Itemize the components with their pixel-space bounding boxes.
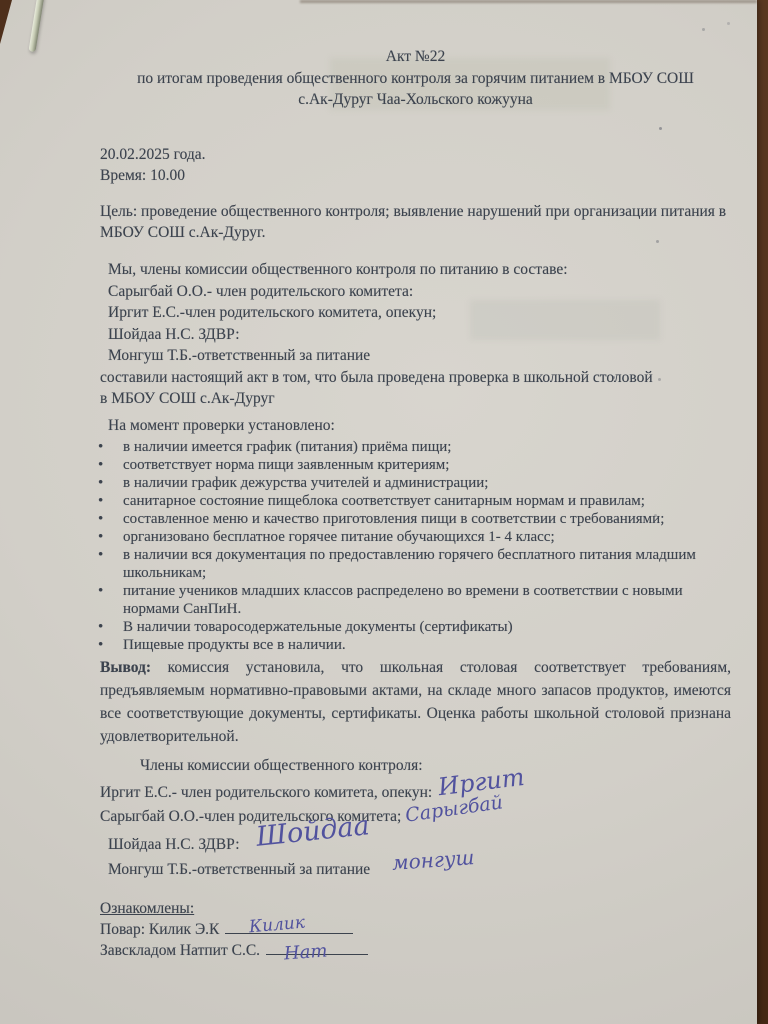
finding-item: в наличии график дежурства учителей и ад…	[96, 474, 731, 492]
findings-list: в наличии имеется график (питания) приём…	[96, 438, 731, 654]
date-time-block: 20.02.2025 года. Время: 10.00	[100, 144, 731, 187]
signature-row: Иргит Е.С.- член родительского комитета,…	[100, 778, 731, 805]
signature-row: Сарыгбай О.О.-член родительского комитет…	[100, 804, 731, 829]
signatures-header: Члены комиссии общественного контроля:	[140, 754, 731, 778]
act-number-title: Акт №22	[100, 46, 731, 68]
act-statement-line1: составили настоящий акт в том, что была …	[100, 367, 731, 389]
conclusion-paragraph: Вывод: комиссия установила, что школьная…	[100, 656, 731, 748]
conclusion-text: комиссия установила, что школьная столов…	[100, 659, 731, 745]
ack-label: Повар: Килик Э.К	[100, 921, 219, 938]
finding-item: питание учеников младших классов распред…	[96, 582, 731, 618]
date-line: 20.02.2025 года.	[100, 144, 731, 166]
acknowledged-row: Завскладом Натпит С.С.Нат	[100, 940, 731, 961]
finding-item: соответствует норма пищи заявленным крит…	[96, 456, 731, 474]
signature-row: Монгуш Т.Б.-ответственный за питаниемонг…	[100, 856, 731, 882]
time-line: Время: 10.00	[100, 165, 731, 187]
commission-member: Сарыгбай О.О.- член родительского комите…	[108, 281, 731, 303]
document-page: Акт №22 по итогам проведения общественно…	[0, 0, 757, 1024]
finding-item: организовано бесплатное горячее питание …	[96, 528, 731, 546]
signer-label: Шойдаа Н.С. ЗДВР:	[108, 836, 240, 853]
document-content: Акт №22 по итогам проведения общественно…	[0, 0, 757, 961]
finding-item: в наличии имеется график (питания) приём…	[96, 438, 731, 456]
finding-item: Пищевые продукты все в наличии.	[96, 636, 731, 654]
commission-member: Иргит Е.С.-член родительского комитета, …	[108, 302, 731, 324]
conclusion-label: Вывод:	[100, 659, 151, 676]
findings-header: На момент проверки установлено:	[108, 415, 731, 437]
commission-member: Монгуш Т.Б.-ответственный за питание	[108, 345, 731, 367]
signature-line: Килик	[225, 920, 353, 934]
signer-label: Иргит Е.С.- член родительского комитета,…	[100, 784, 432, 801]
commission-member: Шойдаа Н.С. ЗДВР:	[108, 324, 731, 346]
ack-label: Завскладом Натпит С.С.	[100, 942, 260, 959]
finding-item: составленное меню и качество приготовлен…	[96, 510, 731, 528]
signature: Килик	[249, 912, 307, 938]
signer-label: Монгуш Т.Б.-ответственный за питание	[108, 861, 370, 878]
signature: монгуш	[391, 846, 475, 875]
acknowledged-header: Ознакомлены:	[100, 898, 731, 919]
act-subtitle-line1: по итогам проведения общественного контр…	[100, 68, 731, 90]
finding-item: В наличии товаросодержательные документы…	[96, 618, 731, 636]
goal-paragraph: Цель: проведение общественного контроля;…	[100, 201, 740, 244]
acknowledged-row: Повар: Килик Э.ККилик	[100, 919, 731, 940]
signature: Нат	[283, 940, 328, 964]
act-subtitle-line2: с.Ак-Дуруг Чаа-Хольского кожууна	[100, 89, 731, 111]
act-statement-line2: в МБОУ СОШ с.Ак-Дуруг	[100, 388, 731, 410]
commission-block: Мы, члены комиссии общественного контрол…	[100, 259, 731, 410]
signature-line: Нат	[266, 941, 368, 955]
finding-item: санитарное состояние пищеблока соответст…	[96, 492, 731, 510]
commission-intro: Мы, члены комиссии общественного контрол…	[108, 259, 731, 281]
document-title-block: Акт №22 по итогам проведения общественно…	[100, 46, 731, 111]
finding-item: в наличии вся документация по предоставл…	[96, 546, 731, 582]
